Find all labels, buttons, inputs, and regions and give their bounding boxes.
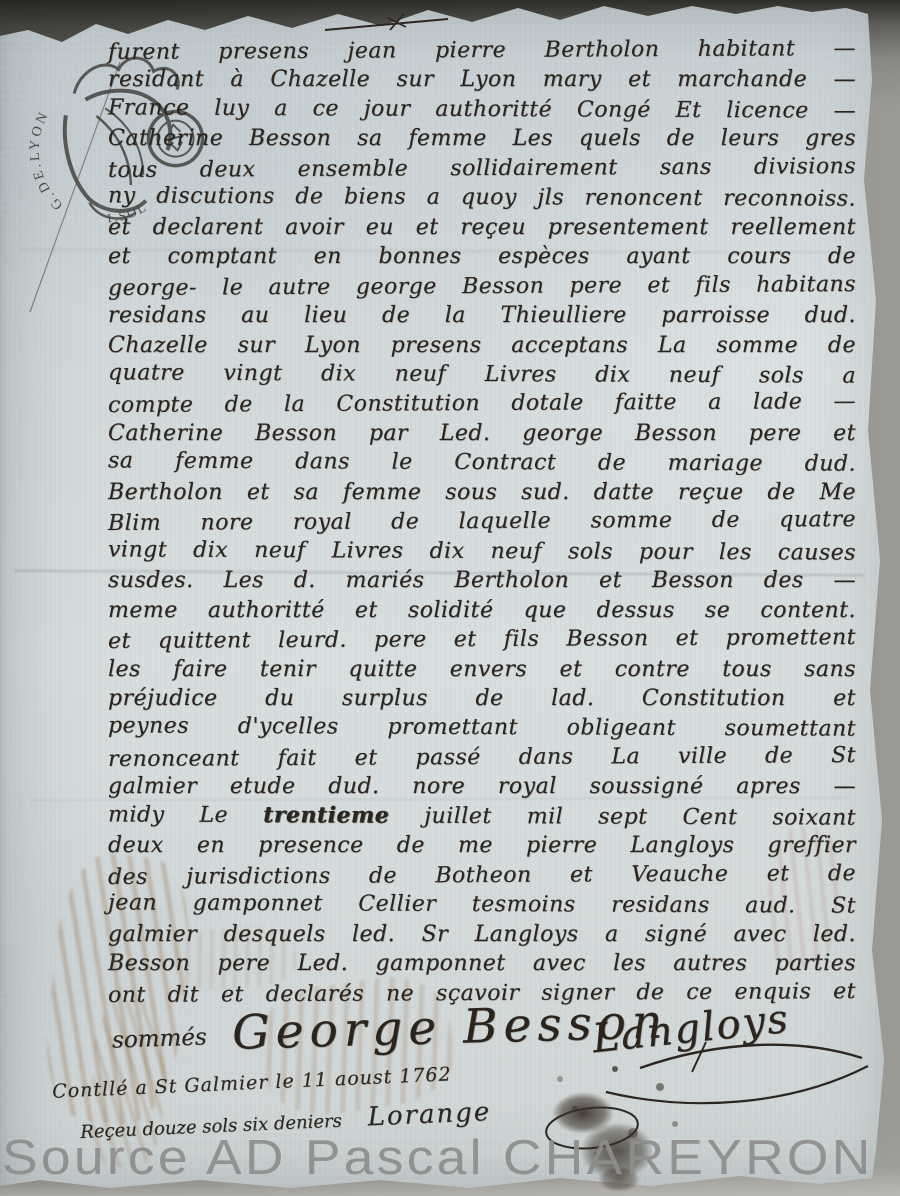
manuscript-line: sa femme dans le Contract de mariage dud… bbox=[108, 447, 856, 480]
manuscript-line: compte de la Constitution dotale faitte … bbox=[108, 387, 856, 420]
photo-background: G.DE.LYON 1.SOL furent presens jean pier… bbox=[0, 0, 900, 1196]
manuscript-line: vingt dix neuf Livres dix neuf sols pour… bbox=[108, 535, 856, 568]
manuscript-line: residans au lieu de la Thieulliere parro… bbox=[108, 301, 856, 330]
manuscript-body: furent presens jean pierre Bertholon hab… bbox=[108, 36, 856, 1008]
manuscript-line: préjudice du surplus de lad. Constitutio… bbox=[108, 684, 856, 713]
manuscript-line: Catherine Besson sa femme Les quels de l… bbox=[108, 124, 856, 153]
manuscript-line: peynes d'ycelles promettant obligeant so… bbox=[108, 712, 856, 745]
manuscript-line: deux en presence de me pierre Langloys g… bbox=[108, 831, 856, 860]
manuscript-line: et comptant en bonnes espèces ayant cour… bbox=[108, 242, 856, 271]
manuscript-line: Chazelle sur Lyon presens acceptans La s… bbox=[108, 331, 856, 360]
manuscript-line: Bertholon et sa femme sous sud. datte re… bbox=[108, 478, 856, 507]
manuscript-line: renonceant fait et passé dans La ville d… bbox=[108, 741, 856, 774]
signature-lorange: Lorange bbox=[367, 1097, 492, 1132]
manuscript-line: galmier desquels led. Sr Langloys a sign… bbox=[108, 920, 856, 949]
ink-specks bbox=[612, 1066, 618, 1072]
manuscript-line: george- le autre george Besson pere et f… bbox=[108, 270, 856, 303]
manuscript-line: Catherine Besson par Led. george Besson … bbox=[108, 419, 856, 448]
manuscript-line: residant à Chazelle sur Lyon mary et mar… bbox=[108, 65, 856, 94]
manuscript-line: meme authoritté et solidité que dessus s… bbox=[108, 596, 856, 625]
manuscript-line: les faire tenir quitte envers et contre … bbox=[108, 655, 856, 684]
manuscript-line: Blim nore royal de laquelle somme de qua… bbox=[108, 505, 856, 538]
manuscript-line: Besson pere Led. gamponnet avec les autr… bbox=[108, 949, 856, 978]
manuscript-line: midy Le trentieme juillet mil sept Cent … bbox=[108, 800, 856, 833]
manuscript-line: des jurisdictions de Botheon et Veauche … bbox=[108, 859, 856, 892]
manuscript-line: tous deux ensemble sollidairement sans d… bbox=[108, 152, 856, 185]
manuscript-line: France luy a ce jour authoritté Congé Et… bbox=[108, 93, 856, 126]
manuscript-line: ny discutions de biens a quoy jls renonc… bbox=[108, 182, 856, 215]
source-watermark: Source AD Pascal CHAREYRON bbox=[2, 1130, 900, 1186]
manuscript-line: jean gamponnet Cellier tesmoins residans… bbox=[108, 889, 856, 922]
manuscript-line: quatre vingt dix neuf Livres dix neuf so… bbox=[108, 358, 856, 391]
manuscript-line: galmier etude dud. nore royal soussigné … bbox=[108, 772, 856, 801]
manuscript-line: et quittent leurd. pere et fils Besson e… bbox=[108, 623, 856, 656]
manuscript-line: furent presens jean pierre Bertholon hab… bbox=[108, 34, 856, 67]
closing-word: sommés bbox=[112, 1024, 208, 1053]
manuscript-line: et declarent avoir eu et reçeu presentem… bbox=[108, 213, 856, 242]
manuscript-line: susdes. Les d. mariés Bertholon et Besso… bbox=[108, 566, 856, 595]
